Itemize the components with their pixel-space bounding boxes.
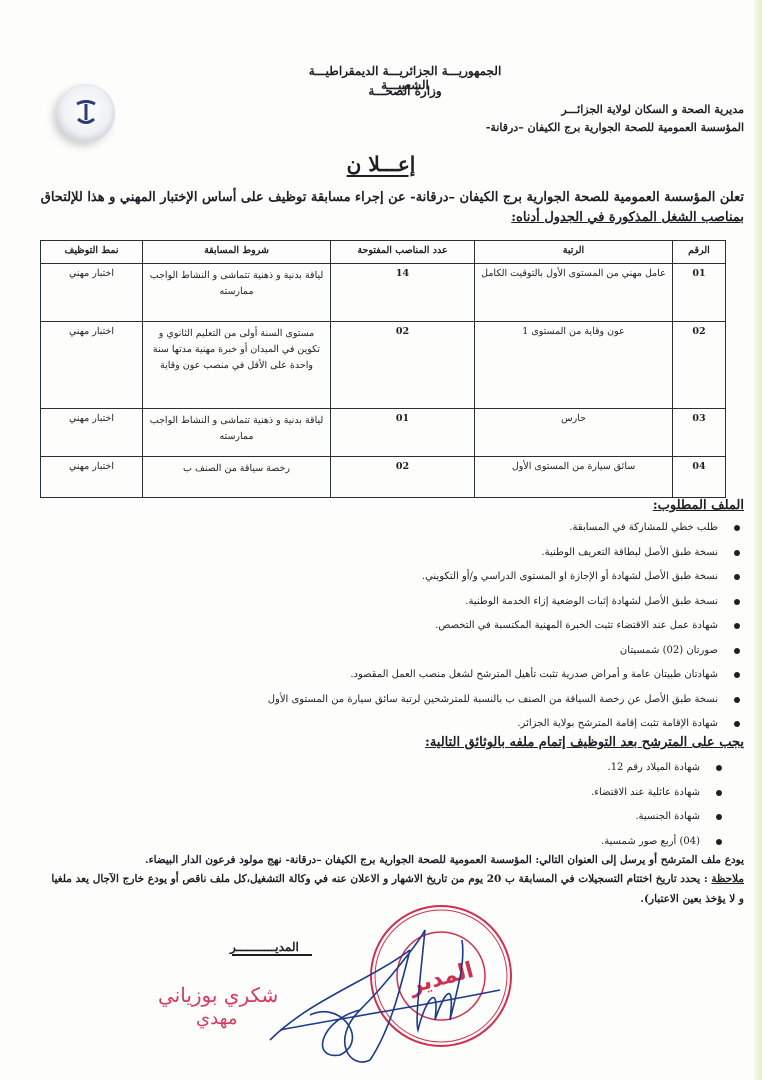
list-item: نسخة طبق الأصل لشهادة أو الإجازة او المس…: [268, 567, 744, 592]
cell-number: 02: [673, 322, 726, 409]
institution-header: المؤسسة العمومية للصحة الجوارية برج الكي…: [486, 121, 744, 134]
after-hiring-title: يجب على المترشح بعد التوظيف إتمام ملفه ب…: [425, 735, 744, 750]
cell-number: 03: [673, 409, 726, 457]
submission-address: يودع ملف المترشح أو يرسل إلى العنوان الت…: [145, 854, 744, 866]
cell-mode: اختبار مهني: [41, 457, 143, 498]
list-item: شهادتان طبيتان عامة و أمراض صدرية تثبت ت…: [268, 665, 744, 690]
column-header-number: الرقم: [673, 241, 726, 264]
cell-conditions: لياقة بدنية و ذهنية تتماشى و النشاط الوا…: [143, 409, 331, 457]
note-text: : يحدد تاريخ اختتام التسجيلات في المسابق…: [51, 873, 711, 885]
positions-table: الرقم الرتبة عدد المناصب المفتوحة شروط ا…: [40, 240, 726, 498]
cell-mode: اختبار مهني: [41, 264, 143, 322]
submission-note-continued: و لا يؤخذ بعين الاعتبار).: [640, 893, 744, 905]
cell-conditions: لياقة بدنية و ذهنية تتماشى و النشاط الوا…: [143, 264, 331, 322]
submission-note: ملاحظة : يحدد تاريخ اختتام التسجيلات في …: [51, 873, 744, 885]
cell-mode: اختبار مهني: [41, 409, 143, 457]
list-item: نسخة طبق الأصل لشهادة إثبات الوضعية إزاء…: [268, 592, 744, 617]
column-header-rank: الرتبة: [475, 241, 673, 264]
column-header-open-positions: عدد المناصب المفتوحة: [331, 241, 475, 264]
cell-number: 01: [673, 264, 726, 322]
list-item: شهادة عمل عند الاقتضاء تثبت الخبرة المهن…: [268, 616, 744, 641]
director-name-second: مهدي: [196, 1008, 237, 1029]
required-file-list: طلب خطي للمشاركة في المسابقة. نسخة طبق ا…: [268, 518, 744, 739]
direction-header: مديرية الصحة و السكان لولاية الجزائـــر: [561, 103, 744, 116]
list-item: نسخة طبق الأصل لبطاقة التعريف الوطنية.: [268, 543, 744, 568]
list-item: نسخة طبق الأصل عن رخصة السياقة من الصنف …: [268, 690, 744, 715]
table-row: 01 عامل مهني من المستوى الأول بالتوقيت ا…: [41, 264, 726, 322]
cell-rank: حارس: [475, 409, 673, 457]
column-header-conditions: شروط المسابقة: [143, 241, 331, 264]
svg-text:المؤسسة العمومية للصحة الجواري: المؤسسة العمومية للصحة الجوارية * برج ال…: [368, 903, 373, 906]
director-signature: [250, 920, 510, 1070]
intro-text-continued: بمناصب الشغل المذكورة في الجدول أدناه:: [511, 210, 744, 225]
note-label: ملاحظة: [711, 873, 744, 885]
list-item: شهادة الجنسية.: [591, 807, 744, 832]
cell-conditions: رخصة سياقة من الصنف ب: [143, 457, 331, 498]
list-item: طلب خطي للمشاركة في المسابقة.: [268, 518, 744, 543]
list-item: شهادة عائلية عند الاقتضاء.: [591, 783, 744, 808]
table-row: 04 سائق سيارة من المستوى الأول 02 رخصة س…: [41, 457, 726, 498]
cell-rank: عامل مهني من المستوى الأول بالتوقيت الكا…: [475, 264, 673, 322]
cell-count: 02: [331, 322, 475, 409]
ministry-emblem-icon: [57, 84, 115, 142]
required-file-title: الملف المطلوب:: [653, 498, 744, 513]
after-hiring-list: شهادة الميلاد رقم 12. شهادة عائلية عند ا…: [591, 758, 744, 856]
stamp-ring-text: المؤسسة العمومية للصحة الجوارية * برج ال…: [368, 903, 373, 906]
cell-count: 01: [331, 409, 475, 457]
cell-count: 14: [331, 264, 475, 322]
table-header-row: الرقم الرتبة عدد المناصب المفتوحة شروط ا…: [41, 241, 726, 264]
table-row: 02 عون وقاية من المستوى 1 02 مستوى السنة…: [41, 322, 726, 409]
intro-text: تعلن المؤسسة العمومية للصحة الجوارية برج…: [14, 190, 744, 205]
table-row: 03 حارس 01 لياقة بدنية و ذهنية تتماشى و …: [41, 409, 726, 457]
cell-rank: سائق سيارة من المستوى الأول: [475, 457, 673, 498]
cell-conditions: مستوى السنة أولى من التعليم الثانوي و تك…: [143, 322, 331, 409]
list-item: (04) أربع صور شمسية.: [591, 832, 744, 857]
cell-mode: اختبار مهني: [41, 322, 143, 409]
list-item: صورتان (02) شمسيتان: [268, 641, 744, 666]
ministry-header: وزارة الصحـــة: [290, 84, 520, 98]
page-title: إعـــلا ن: [0, 152, 762, 176]
cell-number: 04: [673, 457, 726, 498]
cell-rank: عون وقاية من المستوى 1: [475, 322, 673, 409]
list-item: شهادة الميلاد رقم 12.: [591, 758, 744, 783]
column-header-hiring-mode: نمط التوظيف: [41, 241, 143, 264]
cell-count: 02: [331, 457, 475, 498]
